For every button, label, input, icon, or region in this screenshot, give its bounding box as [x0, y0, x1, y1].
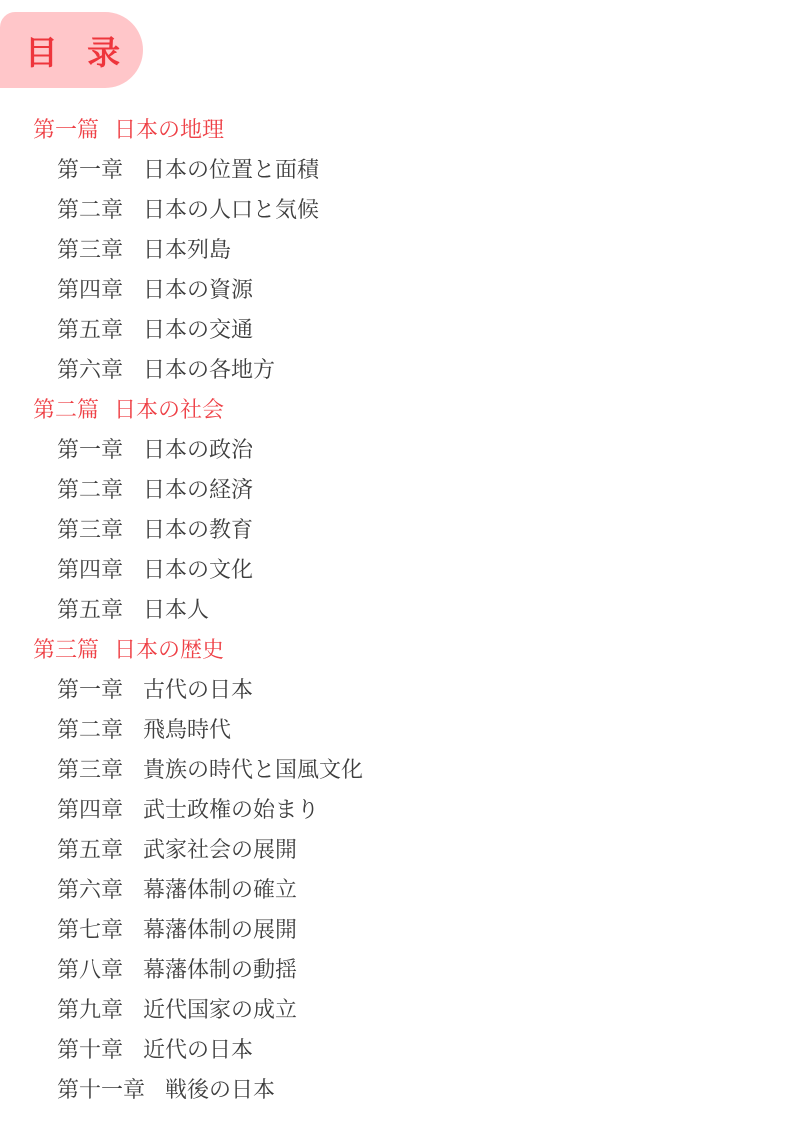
toc-chapter-row[interactable]: 第十一章戦後の日本 [0, 1068, 790, 1108]
toc-chapter-row[interactable]: 第四章日本の資源 [0, 268, 790, 308]
toc-section-row[interactable]: 第二篇日本の社会 [0, 388, 790, 428]
toc-chapter-row-label: 第一章 [57, 673, 123, 704]
toc-chapter-row-label: 第三章 [57, 513, 123, 544]
toc-chapter-row-title: 日本の各地方 [143, 353, 275, 384]
toc-chapter-row[interactable]: 第十章近代の日本 [0, 1028, 790, 1068]
toc-chapter-row-label: 第五章 [57, 313, 123, 344]
toc-list: 第一篇日本の地理第一章日本の位置と面積第二章日本の人口と気候第三章日本列島第四章… [0, 108, 790, 1108]
toc-chapter-row-label: 第六章 [57, 353, 123, 384]
toc-chapter-row-label: 第十章 [57, 1033, 123, 1064]
toc-chapter-row[interactable]: 第二章飛鳥時代 [0, 708, 790, 748]
toc-title-label: 目 录 [25, 27, 130, 74]
toc-chapter-row[interactable]: 第九章近代国家の成立 [0, 988, 790, 1028]
toc-chapter-row[interactable]: 第七章幕藩体制の展開 [0, 908, 790, 948]
toc-chapter-row-title: 近代の日本 [143, 1033, 253, 1064]
toc-chapter-row-label: 第一章 [57, 433, 123, 464]
toc-chapter-row[interactable]: 第五章日本人 [0, 588, 790, 628]
toc-chapter-row-title: 幕藩体制の展開 [143, 913, 297, 944]
toc-chapter-row[interactable]: 第一章古代の日本 [0, 668, 790, 708]
toc-chapter-row-title: 幕藩体制の動揺 [143, 953, 297, 984]
toc-chapter-row[interactable]: 第三章日本の教育 [0, 508, 790, 548]
toc-chapter-row-label: 第一章 [57, 153, 123, 184]
toc-section-row-title: 日本の歴史 [114, 633, 224, 664]
toc-chapter-row-label: 第九章 [57, 993, 123, 1024]
toc-chapter-row-title: 日本の人口と気候 [143, 193, 319, 224]
toc-chapter-row-label: 第四章 [57, 793, 123, 824]
toc-chapter-row[interactable]: 第二章日本の人口と気候 [0, 188, 790, 228]
toc-chapter-row-title: 日本の教育 [143, 513, 253, 544]
toc-chapter-row-label: 第五章 [57, 593, 123, 624]
toc-chapter-row-label: 第二章 [57, 473, 123, 504]
toc-chapter-row[interactable]: 第六章幕藩体制の確立 [0, 868, 790, 908]
toc-chapter-row[interactable]: 第四章日本の文化 [0, 548, 790, 588]
toc-chapter-row[interactable]: 第二章日本の経済 [0, 468, 790, 508]
toc-chapter-row-label: 第三章 [57, 753, 123, 784]
toc-chapter-row-label: 第三章 [57, 233, 123, 264]
toc-chapter-row[interactable]: 第五章武家社会の展開 [0, 828, 790, 868]
toc-chapter-row[interactable]: 第五章日本の交通 [0, 308, 790, 348]
toc-chapter-row-label: 第二章 [57, 713, 123, 744]
toc-chapter-row[interactable]: 第三章日本列島 [0, 228, 790, 268]
toc-chapter-row[interactable]: 第六章日本の各地方 [0, 348, 790, 388]
toc-chapter-row-label: 第四章 [57, 273, 123, 304]
toc-chapter-row-title: 古代の日本 [143, 673, 253, 704]
toc-chapter-row-label: 第五章 [57, 833, 123, 864]
toc-section-row-title: 日本の社会 [114, 393, 224, 424]
toc-chapter-row-label: 第七章 [57, 913, 123, 944]
toc-chapter-row-title: 日本の文化 [143, 553, 253, 584]
toc-title-badge: 目 录 [0, 12, 143, 88]
toc-chapter-row-label: 第八章 [57, 953, 123, 984]
toc-chapter-row[interactable]: 第一章日本の政治 [0, 428, 790, 468]
toc-chapter-row-label: 第四章 [57, 553, 123, 584]
toc-chapter-row-title: 武士政権の始まり [143, 793, 319, 824]
toc-section-row[interactable]: 第三篇日本の歴史 [0, 628, 790, 668]
toc-chapter-row[interactable]: 第八章幕藩体制の動揺 [0, 948, 790, 988]
toc-section-row-label: 第三篇 [33, 633, 99, 664]
toc-section-row[interactable]: 第一篇日本の地理 [0, 108, 790, 148]
toc-chapter-row-label: 第二章 [57, 193, 123, 224]
toc-chapter-row[interactable]: 第三章貴族の時代と国風文化 [0, 748, 790, 788]
toc-section-row-title: 日本の地理 [114, 113, 224, 144]
toc-section-row-label: 第一篇 [33, 113, 99, 144]
toc-chapter-row-title: 近代国家の成立 [143, 993, 297, 1024]
toc-chapter-row-title: 戦後の日本 [165, 1073, 275, 1104]
toc-chapter-row-title: 飛鳥時代 [143, 713, 231, 744]
toc-chapter-row-title: 日本人 [143, 593, 209, 624]
toc-chapter-row-title: 日本列島 [143, 233, 231, 264]
toc-chapter-row[interactable]: 第一章日本の位置と面積 [0, 148, 790, 188]
toc-chapter-row-title: 幕藩体制の確立 [143, 873, 297, 904]
toc-chapter-row-title: 日本の政治 [143, 433, 253, 464]
toc-chapter-row-label: 第六章 [57, 873, 123, 904]
toc-chapter-row-title: 貴族の時代と国風文化 [143, 753, 363, 784]
toc-page: 目 录 第一篇日本の地理第一章日本の位置と面積第二章日本の人口と気候第三章日本列… [0, 0, 790, 1131]
toc-chapter-row-title: 日本の交通 [143, 313, 253, 344]
toc-chapter-row-title: 武家社会の展開 [143, 833, 297, 864]
toc-chapter-row-title: 日本の経済 [143, 473, 253, 504]
toc-section-row-label: 第二篇 [33, 393, 99, 424]
toc-chapter-row[interactable]: 第四章武士政権の始まり [0, 788, 790, 828]
toc-chapter-row-title: 日本の資源 [143, 273, 253, 304]
toc-chapter-row-title: 日本の位置と面積 [143, 153, 319, 184]
toc-chapter-row-label: 第十一章 [57, 1073, 145, 1104]
